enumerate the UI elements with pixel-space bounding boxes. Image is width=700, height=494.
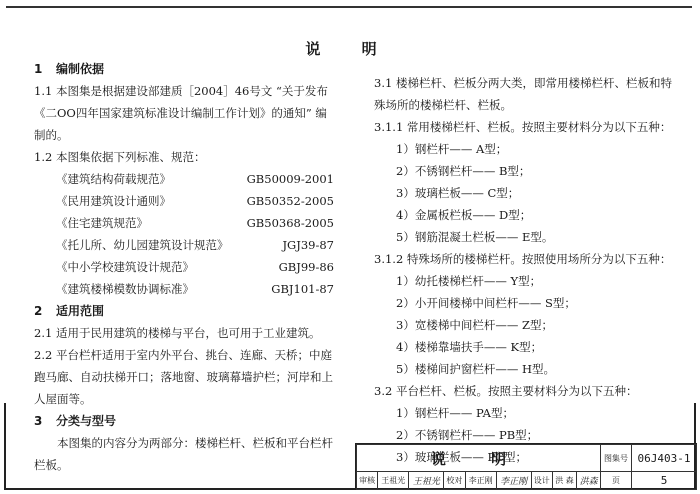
page-title: 说 明 <box>0 38 700 59</box>
frame-left-border <box>4 403 6 490</box>
standard-row: 《建筑结构荷载规范》GB50009-2001 <box>34 168 334 190</box>
design-label: 设计 <box>531 472 552 490</box>
section-2-heading: 2适用范围 <box>34 300 334 322</box>
paragraph-3-2: 3.2 平台栏杆、栏板。按照主要材料分为以下五种： <box>374 380 674 402</box>
checker-signature: 李正刚 <box>496 472 531 490</box>
paragraph-2-2: 2.2 平台栏杆适用于室内外平台、挑台、连廊、天桥；中庭跑马廊、自动扶梯开口；落… <box>34 344 334 410</box>
check-label: 校对 <box>444 472 465 490</box>
designer-signature: 洪森 <box>577 472 601 490</box>
list-item: 1）钢栏杆—— PA型； <box>374 402 674 424</box>
paragraph-3-1: 3.1 楼梯栏杆、栏板分两大类，即常用楼梯栏杆、栏板和特殊场所的楼梯栏杆、栏板。 <box>374 72 674 116</box>
title-block: 说 明 图集号 06J403-1 审核 王祖光 王祖光 校对 李正刚 李正刚 设… <box>355 443 697 489</box>
left-column: 1编制依据 1.1 本图集是根据建设部建质［2004］46号文 “关于发布《二O… <box>34 58 334 476</box>
atlas-number-label: 图集号 <box>601 445 632 472</box>
list-item: 3）宽楼梯中间栏杆—— Z型； <box>374 314 674 336</box>
standard-row: 《住宅建筑规范》GB50368-2005 <box>34 212 334 234</box>
paragraph-2-1: 2.1 适用于民用建筑的楼梯与平台，也可用于工业建筑。 <box>34 322 334 344</box>
title-block-name: 说 明 <box>357 445 601 472</box>
standard-row: 《建筑楼梯模数协调标准》GBJ101-87 <box>34 278 334 300</box>
paragraph-3-1-1: 3.1.1 常用楼梯栏杆、栏板。按照主要材料分为以下五种： <box>374 116 674 138</box>
page-number: 5 <box>632 472 697 490</box>
reviewer-signature: 王祖光 <box>409 472 444 490</box>
list-item: 5）钢筋混凝土栏板—— E型。 <box>374 226 674 248</box>
list-item: 1）钢栏杆—— A型； <box>374 138 674 160</box>
right-column: 3.1 楼梯栏杆、栏板分两大类，即常用楼梯栏杆、栏板和特殊场所的楼梯栏杆、栏板。… <box>374 72 674 468</box>
checker-name: 李正刚 <box>465 472 496 490</box>
atlas-number: 06J403-1 <box>632 445 697 472</box>
list-item: 4）金属板栏板—— D型； <box>374 204 674 226</box>
paragraph-3-1-2: 3.1.2 特殊场所的楼梯栏杆。按照使用场所分为以下五种： <box>374 248 674 270</box>
paragraph-1-2: 1.2 本图集依据下列标准、规范： <box>34 146 334 168</box>
review-label: 审核 <box>357 472 378 490</box>
paragraph-3: 本图集的内容分为两部分：楼梯栏杆、栏板和平台栏杆栏板。 <box>34 432 334 476</box>
paragraph-1-1: 1.1 本图集是根据建设部建质［2004］46号文 “关于发布《二OO四年国家建… <box>34 80 334 146</box>
section-3-heading: 3分类与型号 <box>34 410 334 432</box>
list-item: 3）玻璃栏板—— C型； <box>374 182 674 204</box>
reviewer-name: 王祖光 <box>378 472 409 490</box>
standard-row: 《民用建筑设计通则》GB50352-2005 <box>34 190 334 212</box>
section-1-heading: 1编制依据 <box>34 58 334 80</box>
page-label: 页 <box>601 472 632 490</box>
list-item: 5）楼梯间护窗栏杆—— H型。 <box>374 358 674 380</box>
list-item: 2）小开间楼梯中间栏杆—— S型； <box>374 292 674 314</box>
top-rule <box>6 6 692 8</box>
list-item: 1）幼托楼梯栏杆—— Y型； <box>374 270 674 292</box>
list-item: 2）不锈钢栏杆—— B型； <box>374 160 674 182</box>
standard-row: 《中小学校建筑设计规范》GBJ99-86 <box>34 256 334 278</box>
designer-name: 洪 森 <box>552 472 576 490</box>
standard-row: 《托儿所、幼儿园建筑设计规范》JGJ39-87 <box>34 234 334 256</box>
list-item: 4）楼梯靠墙扶手—— K型； <box>374 336 674 358</box>
